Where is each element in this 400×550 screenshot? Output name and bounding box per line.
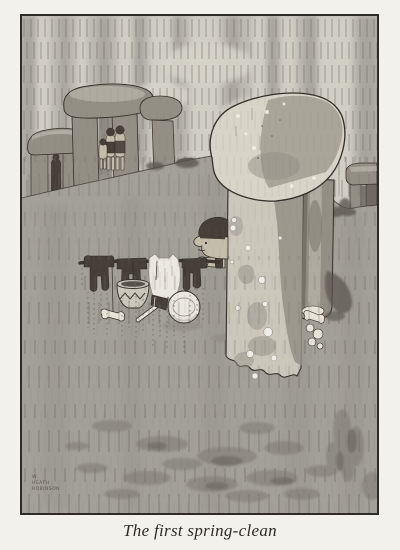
book-page: W. HEATH ROBINSON The first spring-clean <box>0 0 400 550</box>
caption-text: The first spring-clean <box>123 521 277 540</box>
signature-line-2: HEATH <box>32 480 49 486</box>
caption: The first spring-clean <box>0 521 400 541</box>
illustration-frame: W. HEATH ROBINSON <box>20 14 379 515</box>
rain-overlay <box>22 16 377 513</box>
signature-line-1: W. <box>32 474 38 480</box>
signature-line-3: ROBINSON <box>32 486 60 492</box>
illustration: W. HEATH ROBINSON <box>22 16 377 513</box>
